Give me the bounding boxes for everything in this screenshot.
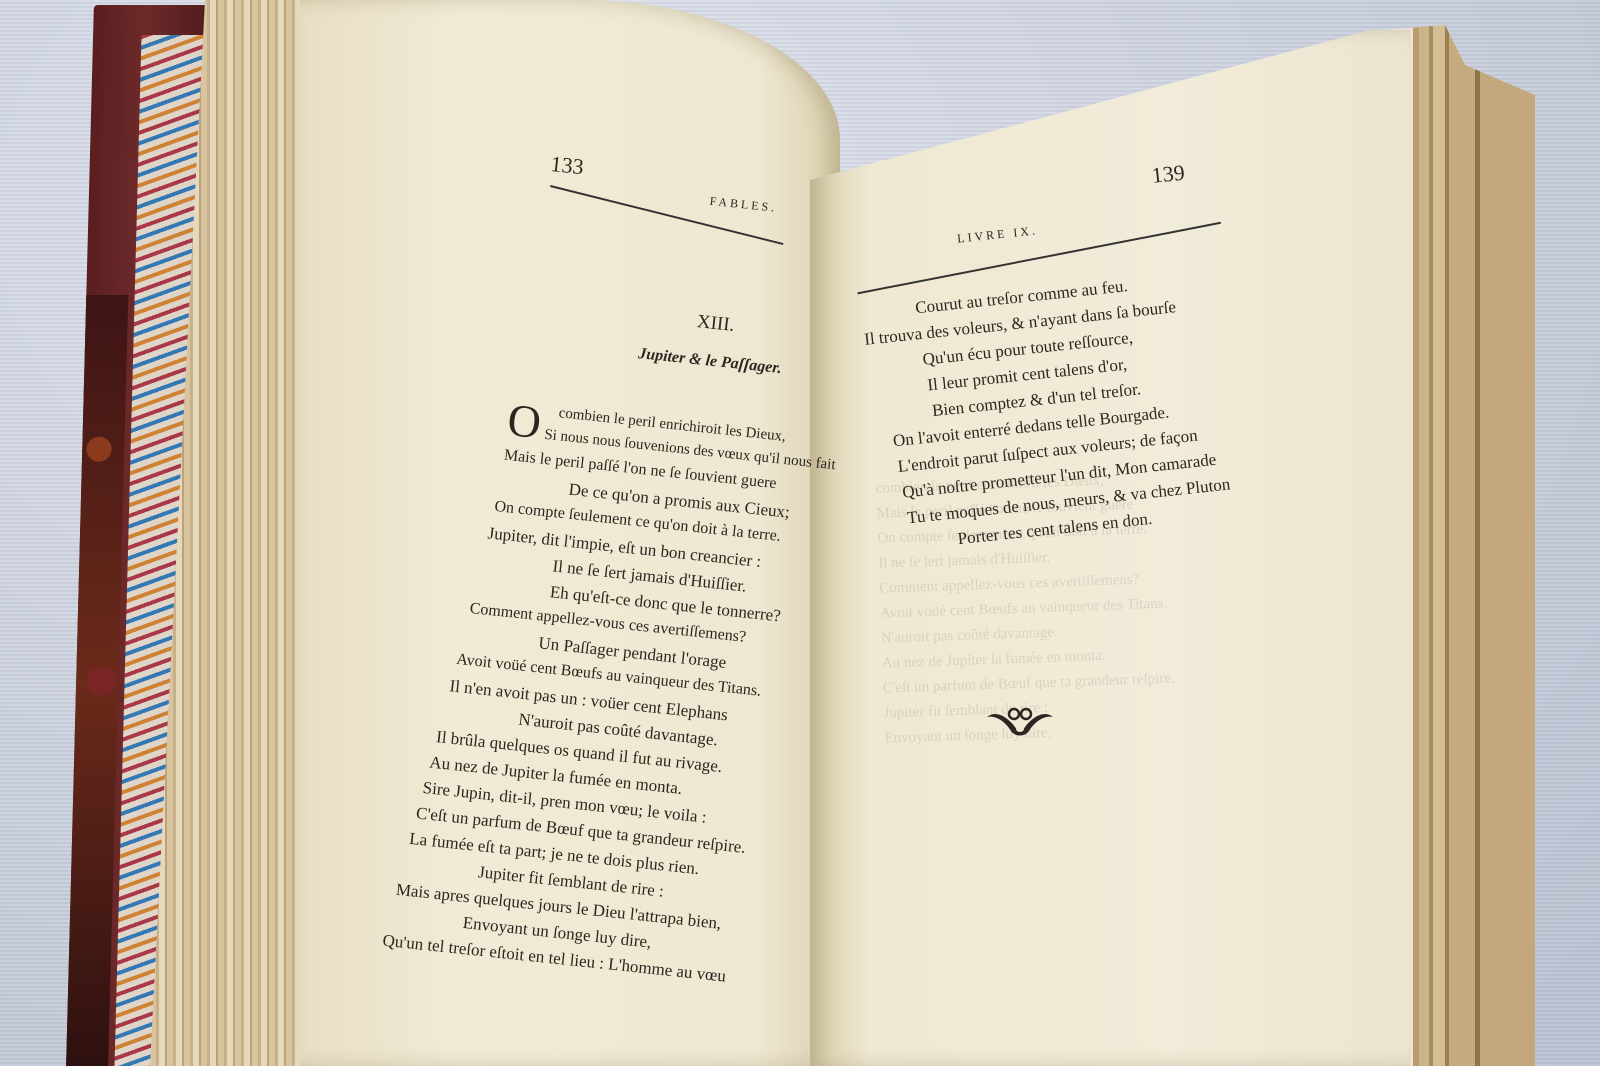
- page-number: 133: [549, 151, 585, 180]
- drop-cap: O: [505, 397, 543, 446]
- page-number: 139: [1150, 160, 1186, 189]
- fleuron-ornament-icon: [985, 705, 1055, 739]
- chapter-number: XIII.: [696, 311, 736, 337]
